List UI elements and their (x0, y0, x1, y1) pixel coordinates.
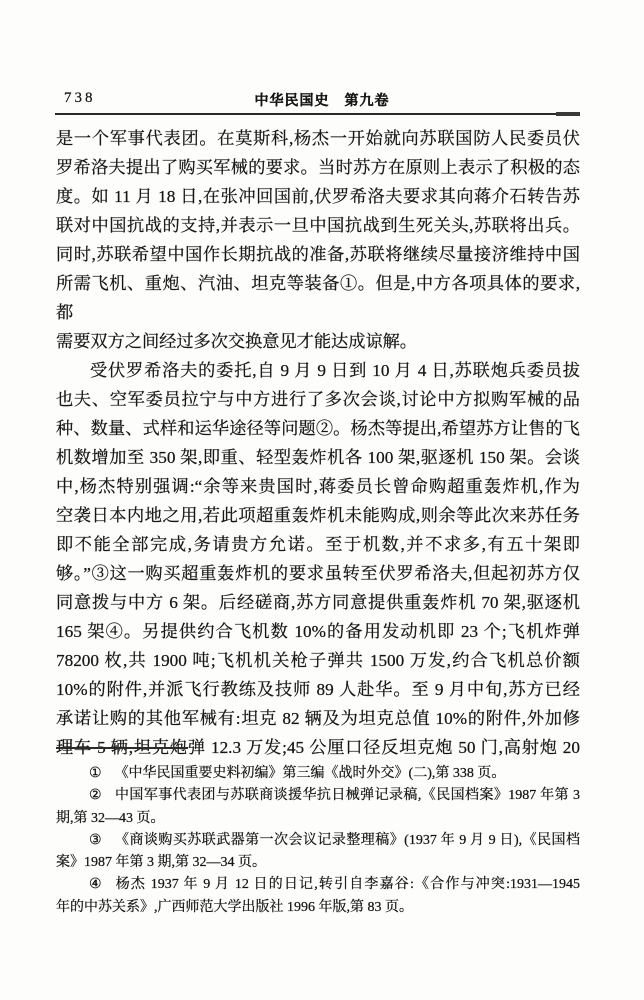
footnote-line: ②中国军事代表团与苏联商谈援华抗日械弹记录稿,《民国档案》1987 年第 3 (56, 785, 580, 807)
footnote-item: ④杨杰 1937 年 9 月 12 日的日记,转引自李嘉谷:《合作与冲突:193… (56, 874, 580, 919)
footnote-line: ③《商谈购买苏联武器第一次会议记录整理稿》(1937 年 9 月 9 日),《民… (56, 830, 580, 852)
footnote-text: 《中华民国重要史料初编》第三编《战时外交》(二),第 338 页。 (115, 766, 506, 781)
paragraph: 是一个军事代表团。在莫斯科,杨杰一开始就向苏联国防人民委员伏罗希洛夫提出了购买军… (56, 124, 580, 356)
footnote-line: ④杨杰 1937 年 9 月 12 日的日记,转引自李嘉谷:《合作与冲突:193… (56, 874, 580, 896)
footnote-item: ②中国军事代表团与苏联商谈援华抗日械弹记录稿,《民国档案》1987 年第 3期,… (56, 785, 580, 830)
body-line: 所需飞机、重炮、汽油、坦克等装备①。但是,中方各项具体的要求,都 (56, 269, 580, 327)
body-line: 同时,苏联希望中国作长期抗战的准备,苏联将继续尽量接济维持中国 (56, 240, 580, 269)
header-rule (55, 113, 580, 115)
footnote-marker: ④ (89, 877, 103, 892)
body-line: 165 架④。另提供约合飞机数 10%的备用发动机即 23 个;飞机炸弹 (56, 617, 580, 646)
body-line: 同意拨与中方 6 架。后经磋商,苏方同意提供重轰炸机 70 架,驱逐机 (56, 588, 580, 617)
footnote-text: 《商谈购买苏联武器第一次会议记录整理稿》(1937 年 9 月 9 日),《民国… (115, 833, 580, 848)
footnote-line: 期,第 32—43 页。 (56, 808, 580, 830)
body-line: 也夫、空军委员拉宁与中方进行了多次会谈,讨论中方拟购军械的品 (56, 385, 580, 414)
footnote-marker: ② (89, 788, 102, 803)
footnotes: ①《中华民国重要史料初编》第三编《战时外交》(二),第 338 页。②中国军事代… (56, 763, 580, 919)
body-line: 机数增加至 350 架,即重、轻型轰炸机各 100 架,驱逐机 150 架。会谈 (56, 443, 580, 472)
body-line: 联对中国抗战的支持,并表示一旦中国抗战到生死关头,苏联将出兵。 (56, 211, 580, 240)
body-line: 罗希洛夫提出了购买军械的要求。当时苏方在原则上表示了积极的态 (56, 153, 580, 182)
body-line: 是一个军事代表团。在莫斯科,杨杰一开始就向苏联国防人民委员伏 (56, 124, 580, 153)
page-number: 738 (64, 90, 96, 107)
body-line: 承诺让购的其他军械有:坦克 82 辆及为坦克总值 10%的附件,外加修 (56, 704, 580, 733)
footnote-marker: ③ (89, 833, 102, 848)
body-text: 是一个军事代表团。在莫斯科,杨杰一开始就向苏联国防人民委员伏罗希洛夫提出了购买军… (56, 124, 580, 762)
footnote-item: ①《中华民国重要史料初编》第三编《战时外交》(二),第 338 页。 (56, 763, 580, 785)
book-page: 738 中华民国史 第九卷 是一个军事代表团。在莫斯科,杨杰一开始就向苏联国防人… (0, 0, 644, 1000)
footnote-text: 中国军事代表团与苏联商谈援华抗日械弹记录稿,《民国档案》1987 年第 3 (115, 788, 580, 803)
header-rule-end (556, 112, 580, 116)
body-line: 种、数量、式样和运华途径等问题②。杨杰等提出,希望苏方让售的飞 (56, 414, 580, 443)
footnote-line: 年的中苏关系》,广西师范大学出版社 1996 年版,第 83 页。 (56, 897, 580, 919)
footnote-item: ③《商谈购买苏联武器第一次会议记录整理稿》(1937 年 9 月 9 日),《民… (56, 830, 580, 875)
body-line: 需要双方之间经过多次交换意见才能达成谅解。 (56, 327, 580, 356)
body-line: 受伏罗希洛夫的委托,自 9 月 9 日到 10 月 4 日,苏联炮兵委员拔 (56, 356, 580, 385)
running-title: 中华民国史 第九卷 (255, 90, 390, 110)
body-line: 够。”③这一购买超重轰炸机的要求虽转至伏罗希洛夫,但起初苏方仅 (56, 559, 580, 588)
body-line: 中,杨杰特别强调:“余等来贵国时,蒋委员长曾命购超重轰炸机,作为 (56, 472, 580, 501)
footnote-text: 杨杰 1937 年 9 月 12 日的日记,转引自李嘉谷:《合作与冲突:1931… (116, 877, 580, 892)
footnote-marker: ① (89, 766, 102, 781)
footnote-line: ①《中华民国重要史料初编》第三编《战时外交》(二),第 338 页。 (56, 763, 580, 785)
body-line: 即不能全部完成,务请贵方允诺。至于机数,并不求多,有五十架即 (56, 530, 580, 559)
footnote-separator (56, 747, 188, 749)
paragraph: 受伏罗希洛夫的委托,自 9 月 9 日到 10 月 4 日,苏联炮兵委员拔也夫、… (56, 356, 580, 762)
footnote-line: 案》1987 年第 3 期,第 32—34 页。 (56, 852, 580, 874)
body-line: 10%的附件,并派飞行教练及技师 89 人赴华。至 9 月中旬,苏方已经 (56, 675, 580, 704)
body-line: 空袭日本内地之用,若此项超重轰炸机未能购成,则余等此次来苏任务 (56, 501, 580, 530)
body-line: 78200 枚,共 1900 吨;飞机机关枪子弹共 1500 万发,约合飞机总价… (56, 646, 580, 675)
body-line: 度。如 11 月 18 日,在张冲回国前,伏罗希洛夫要求其向蒋介石转告苏 (56, 182, 580, 211)
